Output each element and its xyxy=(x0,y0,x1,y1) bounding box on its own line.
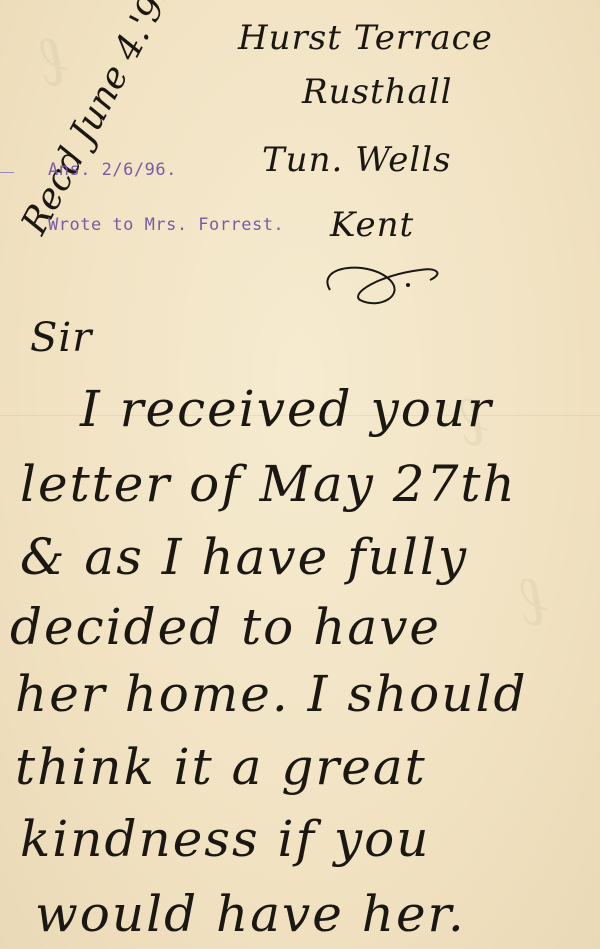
received-date-note: Recd June 4.'96. xyxy=(14,0,190,241)
letter-page: ℓ ℓ ℓ Recd June 4.'96. Ans. 2/6/96. Wrot… xyxy=(0,0,600,949)
letter-line-1: I received your xyxy=(80,380,493,438)
action-stamp: Wrote to Mrs. Forrest. xyxy=(48,215,284,235)
letter-line-6: think it a great xyxy=(15,738,427,796)
address-line-1: Hurst Terrace xyxy=(238,18,493,58)
stamp-dash xyxy=(0,172,14,173)
address-flourish xyxy=(310,245,470,315)
letter-line-2: letter of May 27th xyxy=(20,455,517,513)
address-line-4: Kent xyxy=(330,205,414,245)
answered-stamp: Ans. 2/6/96. xyxy=(48,160,177,180)
letter-line-8: would have her. xyxy=(35,885,466,943)
letter-line-7: kindness if you xyxy=(20,810,430,868)
address-line-2: Rusthall xyxy=(302,72,453,112)
letter-line-5: her home. I should xyxy=(15,665,528,723)
salutation: Sir xyxy=(30,315,92,361)
address-line-3: Tun. Wells xyxy=(262,140,452,180)
letter-line-3: & as I have fully xyxy=(20,528,468,586)
bleed-through-mark: ℓ xyxy=(520,560,549,643)
bleed-through-mark: ℓ xyxy=(40,20,69,103)
letter-line-4: decided to have xyxy=(10,598,441,656)
